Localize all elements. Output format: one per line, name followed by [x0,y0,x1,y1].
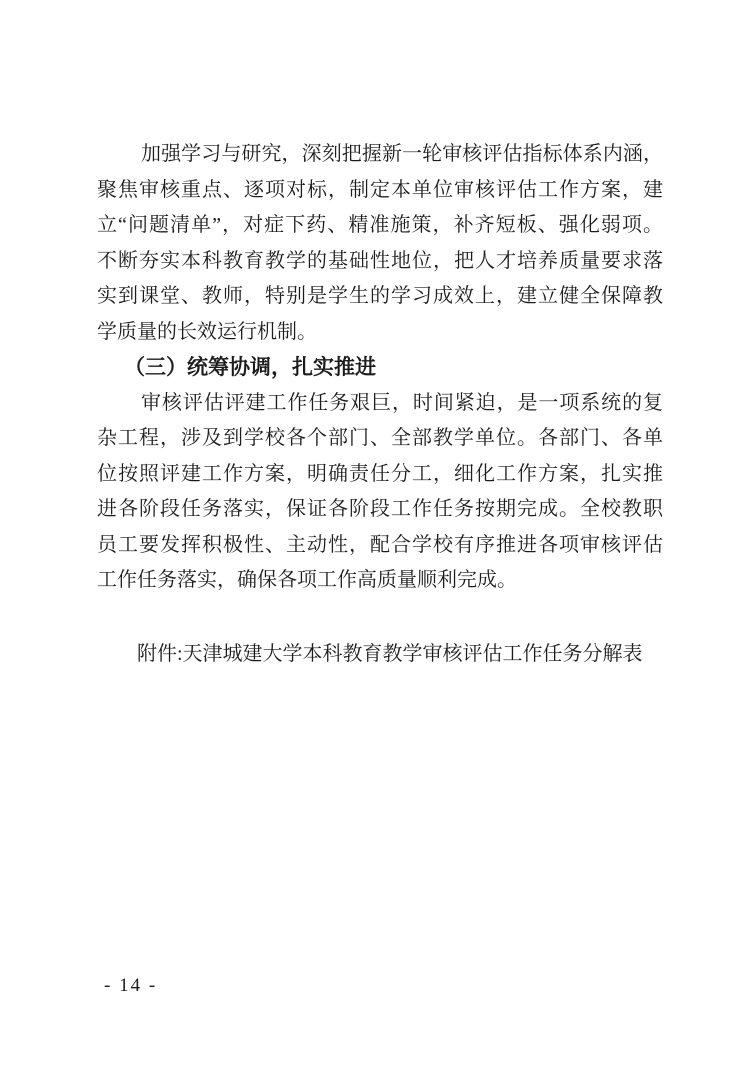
paragraph-2-line-3: 位按照评建工作方案，明确责任分工，细化工作方案，扎实推 [97,457,663,493]
paragraph-2-line-5: 员工要发挥积极性、主动性，配合学校有序推进各项审核评估 [97,528,663,564]
paragraph-2-line-2: 杂工程，涉及到学校各个部门、全部教学单位。各部门、各单 [97,421,663,457]
paragraph-1-line-2: 聚焦审核重点、逐项对标，制定本单位审核评估工作方案，建 [97,173,663,209]
section-heading-3: （三）统筹协调，扎实推进 [97,350,663,386]
paragraph-1-line-6: 学质量的长效运行机制。 [97,315,663,351]
paragraph-1-line-3: 立“问题清单”，对症下药、精准施策，补齐短板、强化弱项。 [97,208,663,244]
paragraph-2-line-4: 进各阶段任务落实，保证各阶段工作任务按期完成。全校教职 [97,492,663,528]
paragraph-2-line-1: 审核评估评建工作任务艰巨，时间紧迫，是一项系统的复 [97,386,663,422]
document-page: 加强学习与研究，深刻把握新一轮审核评估指标体系内涵，聚焦审核重点、逐项对标，制定… [0,0,756,1071]
paragraph-2-line-6: 工作任务落实，确保各项工作高质量顺利完成。 [97,563,663,599]
document-body: 加强学习与研究，深刻把握新一轮审核评估指标体系内涵，聚焦审核重点、逐项对标，制定… [97,137,663,672]
attachment-line: 附件:天津城建大学本科教育教学审核评估工作任务分解表 [97,637,663,673]
paragraph-1-line-5: 实到课堂、教师，特别是学生的学习成效上，建立健全保障教 [97,279,663,315]
page-number: - 14 - [104,974,157,998]
paragraph-1-line-1: 加强学习与研究，深刻把握新一轮审核评估指标体系内涵， [97,137,663,173]
paragraph-1-line-4: 不断夯实本科教育教学的基础性地位，把人才培养质量要求落 [97,244,663,280]
